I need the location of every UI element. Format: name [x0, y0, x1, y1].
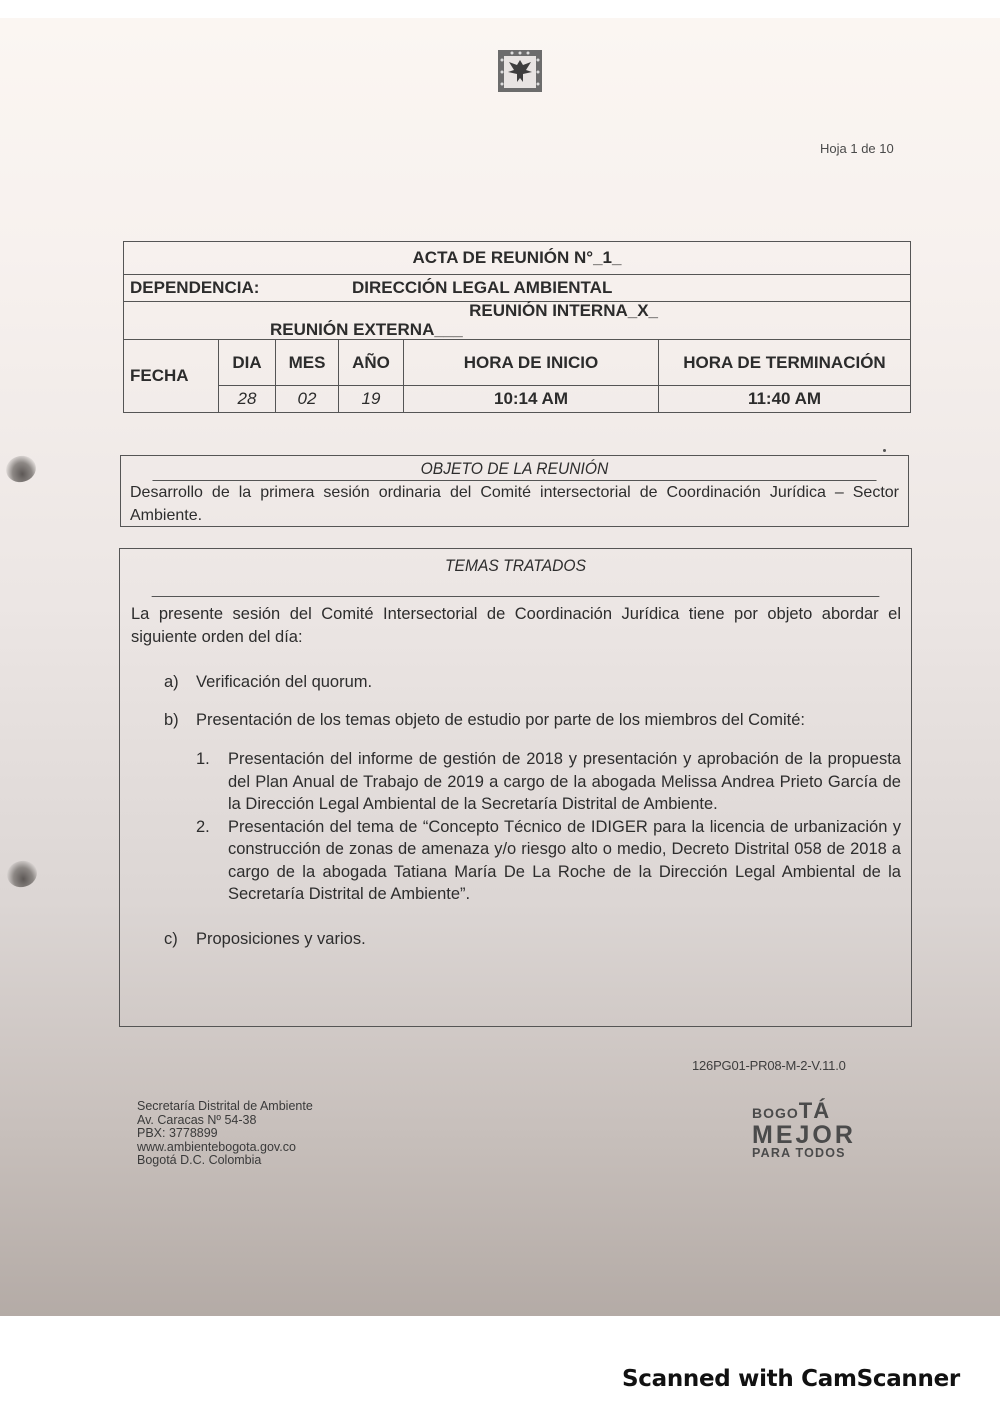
temas-intro: La presente sesión del Comité Intersecto… — [120, 597, 911, 649]
objeto-section: OBJETO DE LA REUNIÓN Desarrollo de la pr… — [120, 455, 909, 527]
address-line: PBX: 3778899 — [137, 1127, 313, 1141]
meeting-header-table: ACTA DE REUNIÓN N°_1_ DEPENDENCIA:DIRECC… — [123, 241, 911, 413]
logo-line1-big: TÁ — [799, 1098, 830, 1123]
stray-mark — [883, 449, 886, 452]
logo-line3: PARA TODOS — [752, 1146, 892, 1161]
logo-line2: MEJOR — [752, 1124, 892, 1146]
address-line: Secretaría Distrital de Ambiente — [137, 1100, 313, 1114]
agenda-item: c) Proposiciones y varios. — [164, 928, 901, 951]
col-mes: MES — [276, 340, 339, 386]
logo-line1-small: BOGO — [752, 1105, 799, 1121]
agenda-text: Proposiciones y varios. — [196, 930, 366, 948]
address-line: www.ambientebogota.gov.co — [137, 1141, 313, 1155]
agenda-marker: c) — [164, 928, 178, 951]
tipo-reunion-row: REUNIÓN INTERNA_X_REUNIÓN EXTERNA___ — [124, 302, 911, 340]
agenda-subitem-text: Presentación del tema de “Concepto Técni… — [228, 818, 901, 904]
reunion-externa: REUNIÓN EXTERNA___ — [270, 321, 463, 340]
value-mes: 02 — [276, 386, 339, 413]
page-indicator: Hoja 1 de 10 — [820, 141, 894, 156]
dependencia-label: DEPENDENCIA: — [130, 279, 352, 298]
address-line: Bogotá D.C. Colombia — [137, 1154, 313, 1168]
col-hora-terminacion: HORA DE TERMINACIÓN — [659, 340, 911, 386]
temas-section: TEMAS TRATADOS La presente sesión del Co… — [119, 548, 912, 1027]
agenda-text: Verificación del quorum. — [196, 673, 372, 691]
bogota-mejor-logo: BOGOTÁ MEJOR PARA TODOS — [752, 1100, 892, 1161]
agenda-subitem-text: Presentación del informe de gestión de 2… — [228, 750, 901, 813]
camscanner-watermark: Scanned with CamScanner — [622, 1366, 960, 1392]
agenda-marker: a) — [164, 671, 179, 694]
agenda-subitem-marker: 2. — [196, 816, 210, 839]
agenda-subitem: 1. Presentación del informe de gestión d… — [196, 748, 901, 816]
address-line: Av. Caracas Nº 54-38 — [137, 1114, 313, 1128]
value-dia: 28 — [219, 386, 276, 413]
temas-heading: TEMAS TRATADOS — [152, 549, 880, 597]
agenda-item: b) Presentación de los temas objeto de e… — [164, 709, 901, 732]
value-anio: 19 — [339, 386, 404, 413]
col-anio: AÑO — [339, 340, 404, 386]
fecha-label: FECHA — [124, 340, 219, 413]
agenda-subitem: 2. Presentación del tema de “Concepto Té… — [196, 816, 901, 906]
dependencia-value: DIRECCIÓN LEGAL AMBIENTAL — [352, 278, 612, 297]
col-hora-inicio: HORA DE INICIO — [404, 340, 659, 386]
bogota-coat-of-arms-icon — [497, 48, 543, 94]
agenda-marker: b) — [164, 709, 179, 732]
agenda-item: a) Verificación del quorum. — [164, 671, 901, 694]
punch-hole — [4, 858, 40, 891]
form-code: 126PG01-PR08-M-2-V.11.0 — [692, 1058, 846, 1073]
value-hora-terminacion: 11:40 AM — [659, 386, 911, 413]
objeto-text: Desarrollo de la primera sesión ordinari… — [121, 481, 908, 527]
objeto-heading: OBJETO DE LA REUNIÓN — [152, 456, 876, 481]
dependencia-row: DEPENDENCIA:DIRECCIÓN LEGAL AMBIENTAL — [124, 275, 911, 302]
punch-hole — [3, 453, 39, 486]
value-hora-inicio: 10:14 AM — [404, 386, 659, 413]
acta-title: ACTA DE REUNIÓN N°_1_ — [124, 242, 911, 275]
reunion-interna: REUNIÓN INTERNA_X_ — [130, 302, 658, 321]
footer-address: Secretaría Distrital de Ambiente Av. Car… — [137, 1100, 313, 1168]
agenda-subitem-marker: 1. — [196, 748, 210, 771]
agenda-text: Presentación de los temas objeto de estu… — [196, 711, 805, 729]
col-dia: DIA — [219, 340, 276, 386]
